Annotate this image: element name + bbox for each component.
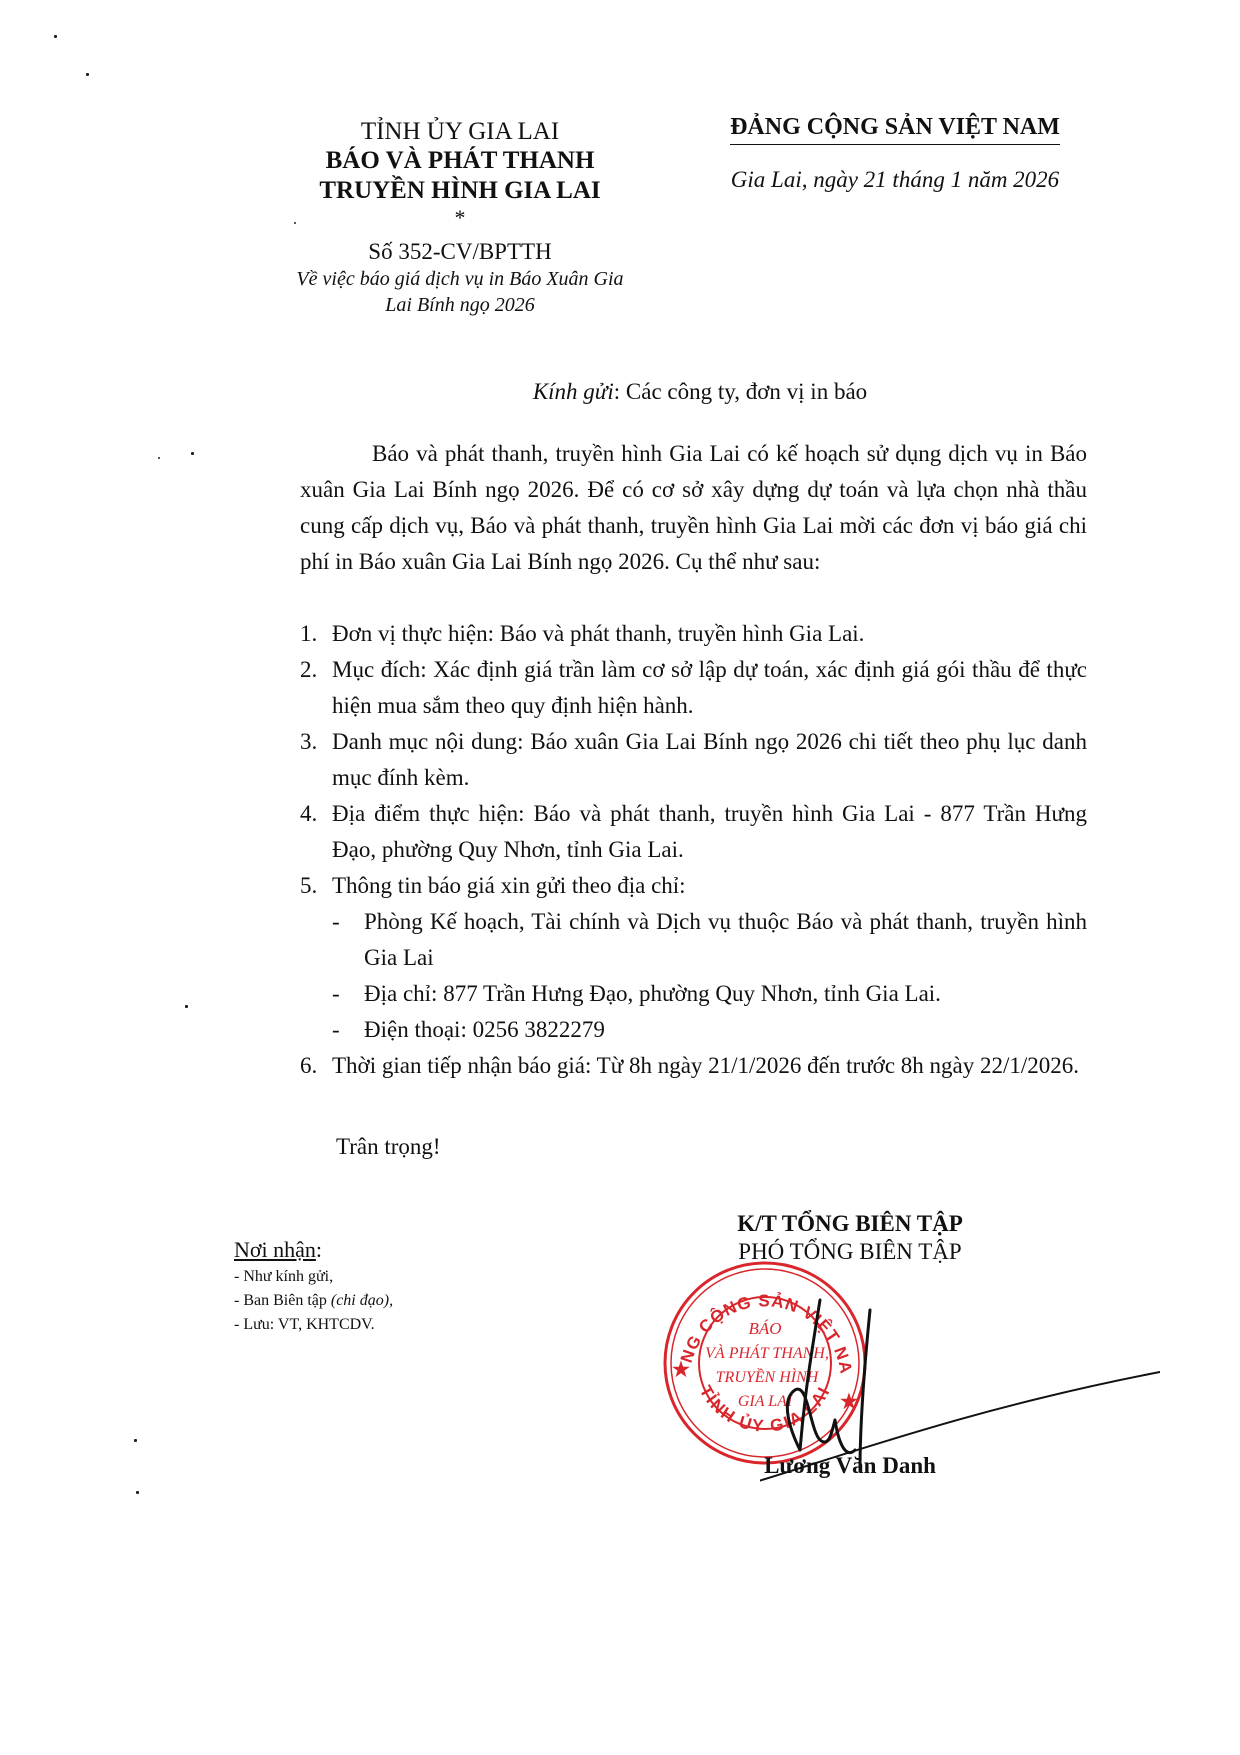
recipient-line: - Ban Biên tập (chi đạo), xyxy=(234,1289,534,1313)
sub-list-item: - Địa chỉ: 877 Trần Hưng Đạo, phường Quy… xyxy=(332,976,1087,1012)
signer-position: PHÓ TỔNG BIÊN TẬP xyxy=(690,1238,1010,1266)
scan-speck xyxy=(185,1005,188,1008)
sub-list-item: - Điện thoại: 0256 3822279 xyxy=(332,1012,1087,1048)
issuer-org-line2: TRUYỀN HÌNH GIA LAI xyxy=(260,176,660,206)
scan-speck xyxy=(86,73,89,76)
scan-speck xyxy=(191,452,194,455)
party-header: ĐẢNG CỘNG SẢN VIỆT NAM Gia Lai, ngày 21 … xyxy=(690,112,1100,195)
issuer-org-line1: BÁO VÀ PHÁT THANH xyxy=(260,146,660,176)
recipients-title: Nơi nhận xyxy=(234,1237,316,1262)
signer-authority: K/T TỔNG BIÊN TẬP xyxy=(690,1210,1010,1238)
greeting: Kính gửi: Các công ty, đơn vị in báo xyxy=(300,377,1100,407)
numbered-list: 1. Đơn vị thực hiện: Báo và phát thanh, … xyxy=(300,616,1087,1084)
list-item: 5. Thông tin báo giá xin gửi theo địa ch… xyxy=(300,868,1087,904)
document-date: Gia Lai, ngày 21 tháng 1 năm 2026 xyxy=(690,165,1100,195)
star-separator: * xyxy=(260,208,660,228)
party-name: ĐẢNG CỘNG SẢN VIỆT NAM xyxy=(730,112,1060,145)
recipients-block: Nơi nhận: - Như kính gửi, - Ban Biên tập… xyxy=(234,1236,534,1337)
signer-name: Lương Văn Danh xyxy=(690,1452,1010,1480)
closing-salutation: Trân trọng! xyxy=(336,1132,441,1162)
document-number: Số 352-CV/BPTTH xyxy=(260,238,660,266)
document-subject: Về việc báo giá dịch vụ in Báo Xuân Gia … xyxy=(295,266,625,318)
issuer-header: TỈNH ỦY GIA LAI BÁO VÀ PHÁT THANH TRUYỀN… xyxy=(260,118,660,318)
scan-speck xyxy=(158,457,160,459)
svg-text:★: ★ xyxy=(672,1359,690,1381)
signature-block: K/T TỔNG BIÊN TẬP PHÓ TỔNG BIÊN TẬP Lươn… xyxy=(690,1210,1010,1480)
intro-paragraph: Báo và phát thanh, truyền hình Gia Lai c… xyxy=(300,436,1087,580)
list-item: 6. Thời gian tiếp nhận báo giá: Từ 8h ng… xyxy=(300,1048,1087,1084)
scan-speck xyxy=(294,222,296,224)
list-item: 2. Mục đích: Xác định giá trần làm cơ sở… xyxy=(300,652,1087,724)
recipient-line: - Như kính gửi, xyxy=(234,1265,534,1289)
list-item: 1. Đơn vị thực hiện: Báo và phát thanh, … xyxy=(300,616,1087,652)
scan-speck xyxy=(134,1439,137,1442)
scan-speck xyxy=(136,1491,139,1494)
greeting-recipients: : Các công ty, đơn vị in báo xyxy=(614,379,867,404)
issuer-parent-org: TỈNH ỦY GIA LAI xyxy=(260,118,660,146)
list-item: 3. Danh mục nội dung: Báo xuân Gia Lai B… xyxy=(300,724,1087,796)
list-item: 4. Địa điểm thực hiện: Báo và phát thanh… xyxy=(300,796,1087,868)
sub-list-item: - Phòng Kế hoạch, Tài chính và Dịch vụ t… xyxy=(332,904,1087,976)
greeting-label: Kính gửi xyxy=(533,379,614,404)
recipient-line: - Lưu: VT, KHTCDV. xyxy=(234,1313,534,1337)
scan-speck xyxy=(54,35,57,38)
